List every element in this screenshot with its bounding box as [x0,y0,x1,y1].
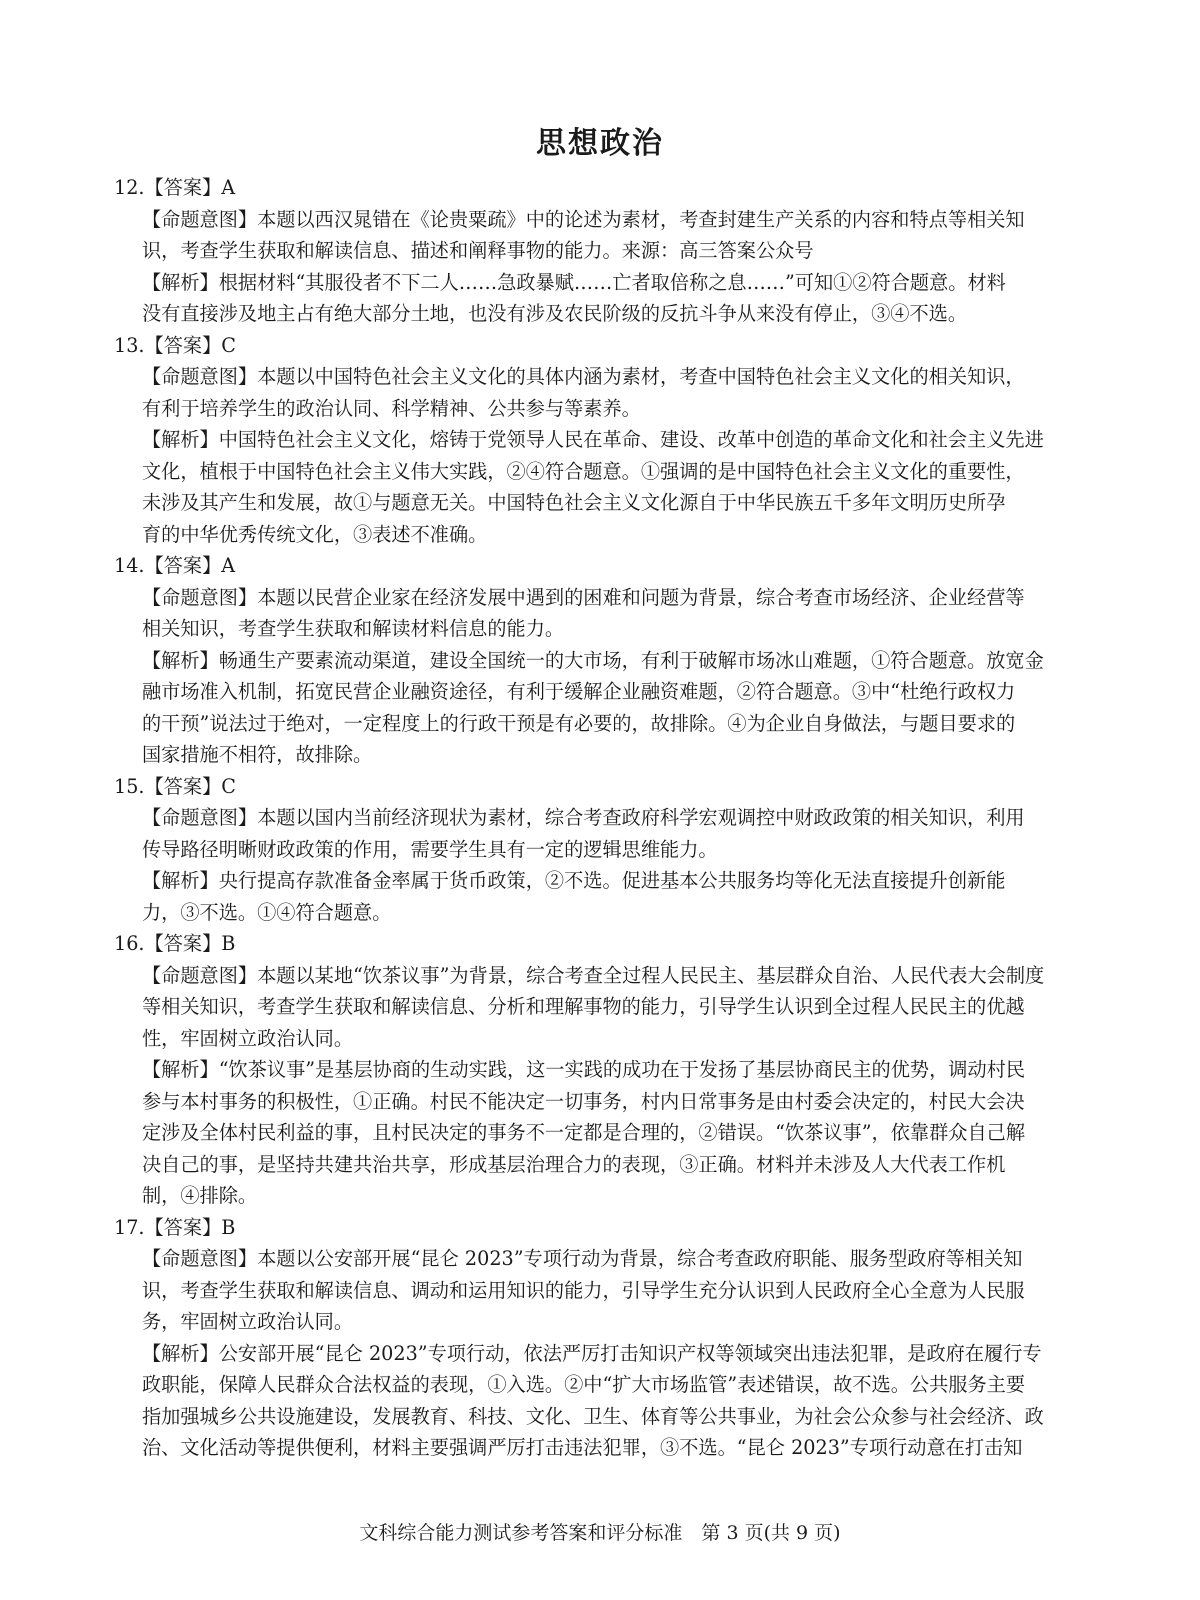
intent-line: 【命题意图】本题以中国特色社会主义文化的具体内涵为素材，考查中国特色社会主义文化… [114,361,1074,393]
analysis-line: 【解析】公安部开展“昆仑 2023”专项行动，依法严厉打击知识产权等领域突出违法… [114,1338,1074,1370]
intent-line: 识，考查学生获取和解读信息、调动和运用知识的能力，引导学生充分认识到人民政府全心… [114,1275,1074,1307]
analysis-line: 【解析】央行提高存款准备金率属于货币政策，②不选。促进基本公共服务均等化无法直接… [114,865,1074,897]
question-number: 14. [114,554,145,577]
question-number: 16. [114,932,145,955]
question-block-15: 15.【答案】C【命题意图】本题以国内当前经济现状为素材，综合考查政府科学宏观调… [114,771,1074,929]
question-answer-heading: 16.【答案】B [114,928,1074,960]
question-number: 13. [114,334,145,357]
question-block-14: 14.【答案】A【命题意图】本题以民营企业家在经济发展中遇到的困难和问题为背景，… [114,550,1074,771]
question-block-12: 12.【答案】A【命题意图】本题以西汉晁错在《论贵粟疏》中的论述为素材，考查封建… [114,172,1074,330]
page-footer: 文科综合能力测试参考答案和评分标准 第 3 页(共 9 页) [0,1518,1200,1545]
question-block-13: 13.【答案】C【命题意图】本题以中国特色社会主义文化的具体内涵为素材，考查中国… [114,330,1074,551]
intent-line: 等相关知识，考查学生获取和解读信息、分析和理解事物的能力，引导学生认识到全过程人… [114,991,1074,1023]
question-number: 15. [114,775,145,798]
analysis-line: 决自己的事，是坚持共建共治共享，形成基层治理合力的表现，③正确。材料并未涉及人大… [114,1149,1074,1181]
question-number: 17. [114,1216,145,1239]
analysis-line: 国家措施不相符，故排除。 [114,739,1074,771]
intent-line: 【命题意图】本题以国内当前经济现状为素材，综合考查政府科学宏观调控中财政政策的相… [114,802,1074,834]
intent-line: 【命题意图】本题以公安部开展“昆仑 2023”专项行动为背景，综合考查政府职能、… [114,1243,1074,1275]
intent-line: 务，牢固树立政治认同。 [114,1306,1074,1338]
intent-line: 识，考查学生获取和解读信息、描述和阐释事物的能力。来源：高三答案公众号 [114,235,1074,267]
analysis-line: 政职能，保障人民群众合法权益的表现，①入选。②中“扩大市场监管”表述错误，故不选… [114,1369,1074,1401]
analysis-line: 育的中华优秀传统文化，③表述不准确。 [114,519,1074,551]
analysis-line: 【解析】根据材料“其服役者不下二人……急政暴赋……亡者取倍称之息……”可知①②符… [114,267,1074,299]
answer-label: 【答案】C [145,775,236,798]
analysis-line: 制，④排除。 [114,1180,1074,1212]
analysis-line: 【解析】“饮茶议事”是基层协商的生动实践，这一实践的成功在于发扬了基层协商民主的… [114,1054,1074,1086]
question-answer-heading: 15.【答案】C [114,771,1074,803]
question-answer-heading: 12.【答案】A [114,172,1074,204]
answer-content: 12.【答案】A【命题意图】本题以西汉晁错在《论贵粟疏》中的论述为素材，考查封建… [114,172,1074,1464]
page-title: 思想政治 [0,118,1200,162]
question-number: 12. [114,176,145,199]
analysis-line: 定涉及全体村民利益的事，且村民决定的事务不一定都是合理的，②错误。“饮茶议事”，… [114,1117,1074,1149]
analysis-line: 力，③不选。①④符合题意。 [114,897,1074,929]
analysis-line: 治、文化活动等提供便利，材料主要强调严厉打击违法犯罪，③不选。“昆仑 2023”… [114,1432,1074,1464]
answer-label: 【答案】B [145,1216,236,1239]
intent-line: 传导路径明晰财政政策的作用，需要学生具有一定的逻辑思维能力。 [114,834,1074,866]
question-answer-heading: 17.【答案】B [114,1212,1074,1244]
intent-line: 【命题意图】本题以民营企业家在经济发展中遇到的困难和问题为背景，综合考查市场经济… [114,582,1074,614]
question-answer-heading: 13.【答案】C [114,330,1074,362]
intent-line: 有利于培养学生的政治认同、科学精神、公共参与等素养。 [114,393,1074,425]
analysis-line: 【解析】畅通生产要素流动渠道，建设全国统一的大市场，有利于破解市场冰山难题，①符… [114,645,1074,677]
answer-label: 【答案】C [145,334,236,357]
intent-line: 相关知识，考查学生获取和解读材料信息的能力。 [114,613,1074,645]
question-block-17: 17.【答案】B【命题意图】本题以公安部开展“昆仑 2023”专项行动为背景，综… [114,1212,1074,1464]
analysis-line: 融市场准入机制，拓宽民营企业融资途径，有利于缓解企业融资难题，②符合题意。③中“… [114,676,1074,708]
intent-line: 【命题意图】本题以某地“饮茶议事”为背景，综合考查全过程人民民主、基层群众自治、… [114,960,1074,992]
intent-line: 【命题意图】本题以西汉晁错在《论贵粟疏》中的论述为素材，考查封建生产关系的内容和… [114,204,1074,236]
answer-label: 【答案】A [145,176,236,199]
answer-label: 【答案】A [145,554,236,577]
analysis-line: 参与本村事务的积极性，①正确。村民不能决定一切事务，村内日常事务是由村委会决定的… [114,1086,1074,1118]
answer-label: 【答案】B [145,932,236,955]
question-answer-heading: 14.【答案】A [114,550,1074,582]
intent-line: 性，牢固树立政治认同。 [114,1023,1074,1055]
analysis-line: 文化，植根于中国特色社会主义伟大实践，②④符合题意。①强调的是中国特色社会主义文… [114,456,1074,488]
analysis-line: 没有直接涉及地主占有绝大部分土地，也没有涉及农民阶级的反抗斗争从来没有停止，③④… [114,298,1074,330]
analysis-line: 【解析】中国特色社会主义文化，熔铸于党领导人民在革命、建设、改革中创造的革命文化… [114,424,1074,456]
analysis-line: 的干预”说法过于绝对，一定程度上的行政干预是有必要的，故排除。④为企业自身做法，… [114,708,1074,740]
analysis-line: 指加强城乡公共设施建设，发展教育、科技、文化、卫生、体育等公共事业，为社会公众参… [114,1401,1074,1433]
analysis-line: 未涉及其产生和发展，故①与题意无关。中国特色社会主义文化源自于中华民族五千多年文… [114,487,1074,519]
question-block-16: 16.【答案】B【命题意图】本题以某地“饮茶议事”为背景，综合考查全过程人民民主… [114,928,1074,1212]
